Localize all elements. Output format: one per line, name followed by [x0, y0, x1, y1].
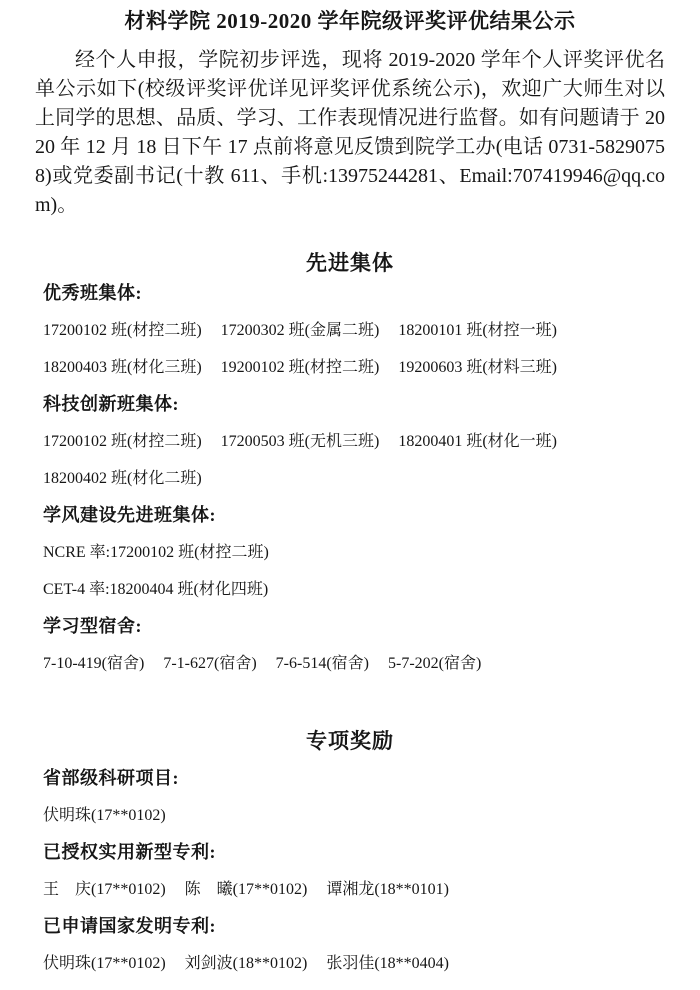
award-row: 王 庆(17**0102) 陈 曦(17**0102) 谭湘龙(18**0101… — [43, 871, 660, 908]
group-label-provincial-research: 省部级科研项目: — [43, 760, 660, 797]
page-title: 材料学院 2019-2020 学年院级评奖评优结果公示 — [40, 8, 660, 34]
student-item: 伏明珠(17**0102) — [43, 945, 166, 982]
class-item: 19200603 班(材料三班) — [398, 349, 557, 386]
section-heading-special-awards: 专项奖励 — [40, 729, 660, 753]
class-item: 17200102 班(材控二班) — [43, 312, 202, 349]
class-item: 17200302 班(金属二班) — [221, 312, 380, 349]
class-item: 18200101 班(材控一班) — [398, 312, 557, 349]
award-row: CET-4 率:18200404 班(材化四班) — [43, 571, 660, 608]
group-label-study-style: 学风建设先进班集体: — [43, 497, 660, 534]
class-item: 17200503 班(无机三班) — [221, 423, 380, 460]
group-provincial-research: 省部级科研项目: 伏明珠(17**0102) — [43, 760, 660, 834]
group-invention-patent: 已申请国家发明专利: 伏明珠(17**0102) 刘剑波(18**0102) 张… — [43, 908, 660, 982]
group-label-tech-innovation: 科技创新班集体: — [43, 386, 660, 423]
group-label-utility-patent: 已授权实用新型专利: — [43, 834, 660, 871]
award-row: 18200402 班(材化二班) — [43, 460, 660, 497]
intro-paragraph: 经个人申报，学院初步评选，现将 2019-2020 学年个人评奖评优名单公示如下… — [35, 46, 665, 220]
student-item: 谭湘龙(18**0101) — [326, 871, 449, 908]
section-heading-collectives: 先进集体 — [40, 251, 660, 275]
award-row: NCRE 率:17200102 班(材控二班) — [43, 534, 660, 571]
class-item: 19200102 班(材控二班) — [221, 349, 380, 386]
award-row: 伏明珠(17**0102) 刘剑波(18**0102) 张羽佳(18**0404… — [43, 945, 660, 982]
student-item: 张羽佳(18**0404) — [326, 945, 449, 982]
document-page: 材料学院 2019-2020 学年院级评奖评优结果公示 经个人申报，学院初步评选… — [0, 0, 700, 990]
group-label-study-dorm: 学习型宿舍: — [43, 608, 660, 645]
award-row: 17200102 班(材控二班) 17200503 班(无机三班) 182004… — [43, 423, 660, 460]
group-excellent-class: 优秀班集体: 17200102 班(材控二班) 17200302 班(金属二班)… — [43, 275, 660, 386]
class-item: 18200401 班(材化一班) — [398, 423, 557, 460]
award-row: 18200403 班(材化三班) 19200102 班(材控二班) 192006… — [43, 349, 660, 386]
group-study-style: 学风建设先进班集体: NCRE 率:17200102 班(材控二班) CET-4… — [43, 497, 660, 608]
dorm-item: 7-6-514(宿舍) — [276, 645, 369, 682]
student-item: 陈 曦(17**0102) — [185, 871, 308, 908]
group-study-dorm: 学习型宿舍: 7-10-419(宿舍) 7-1-627(宿舍) 7-6-514(… — [43, 608, 660, 682]
award-row: 伏明珠(17**0102) — [43, 797, 660, 834]
class-item: 18200402 班(材化二班) — [43, 460, 202, 497]
student-item: 伏明珠(17**0102) — [43, 797, 166, 834]
class-item: 17200102 班(材控二班) — [43, 423, 202, 460]
group-label-excellent-class: 优秀班集体: — [43, 275, 660, 312]
class-item: CET-4 率:18200404 班(材化四班) — [43, 571, 268, 608]
student-item: 刘剑波(18**0102) — [185, 945, 308, 982]
award-row: 7-10-419(宿舍) 7-1-627(宿舍) 7-6-514(宿舍) 5-7… — [43, 645, 660, 682]
group-tech-innovation: 科技创新班集体: 17200102 班(材控二班) 17200503 班(无机三… — [43, 386, 660, 497]
award-row: 17200102 班(材控二班) 17200302 班(金属二班) 182001… — [43, 312, 660, 349]
dorm-item: 5-7-202(宿舍) — [388, 645, 481, 682]
dorm-item: 7-10-419(宿舍) — [43, 645, 144, 682]
special-awards-groups: 省部级科研项目: 伏明珠(17**0102) 已授权实用新型专利: 王 庆(17… — [40, 760, 660, 982]
class-item: NCRE 率:17200102 班(材控二班) — [43, 534, 269, 571]
collectives-groups: 优秀班集体: 17200102 班(材控二班) 17200302 班(金属二班)… — [40, 275, 660, 682]
student-item: 王 庆(17**0102) — [43, 871, 166, 908]
class-item: 18200403 班(材化三班) — [43, 349, 202, 386]
group-utility-patent: 已授权实用新型专利: 王 庆(17**0102) 陈 曦(17**0102) 谭… — [43, 834, 660, 908]
dorm-item: 7-1-627(宿舍) — [163, 645, 256, 682]
group-label-invention-patent: 已申请国家发明专利: — [43, 908, 660, 945]
